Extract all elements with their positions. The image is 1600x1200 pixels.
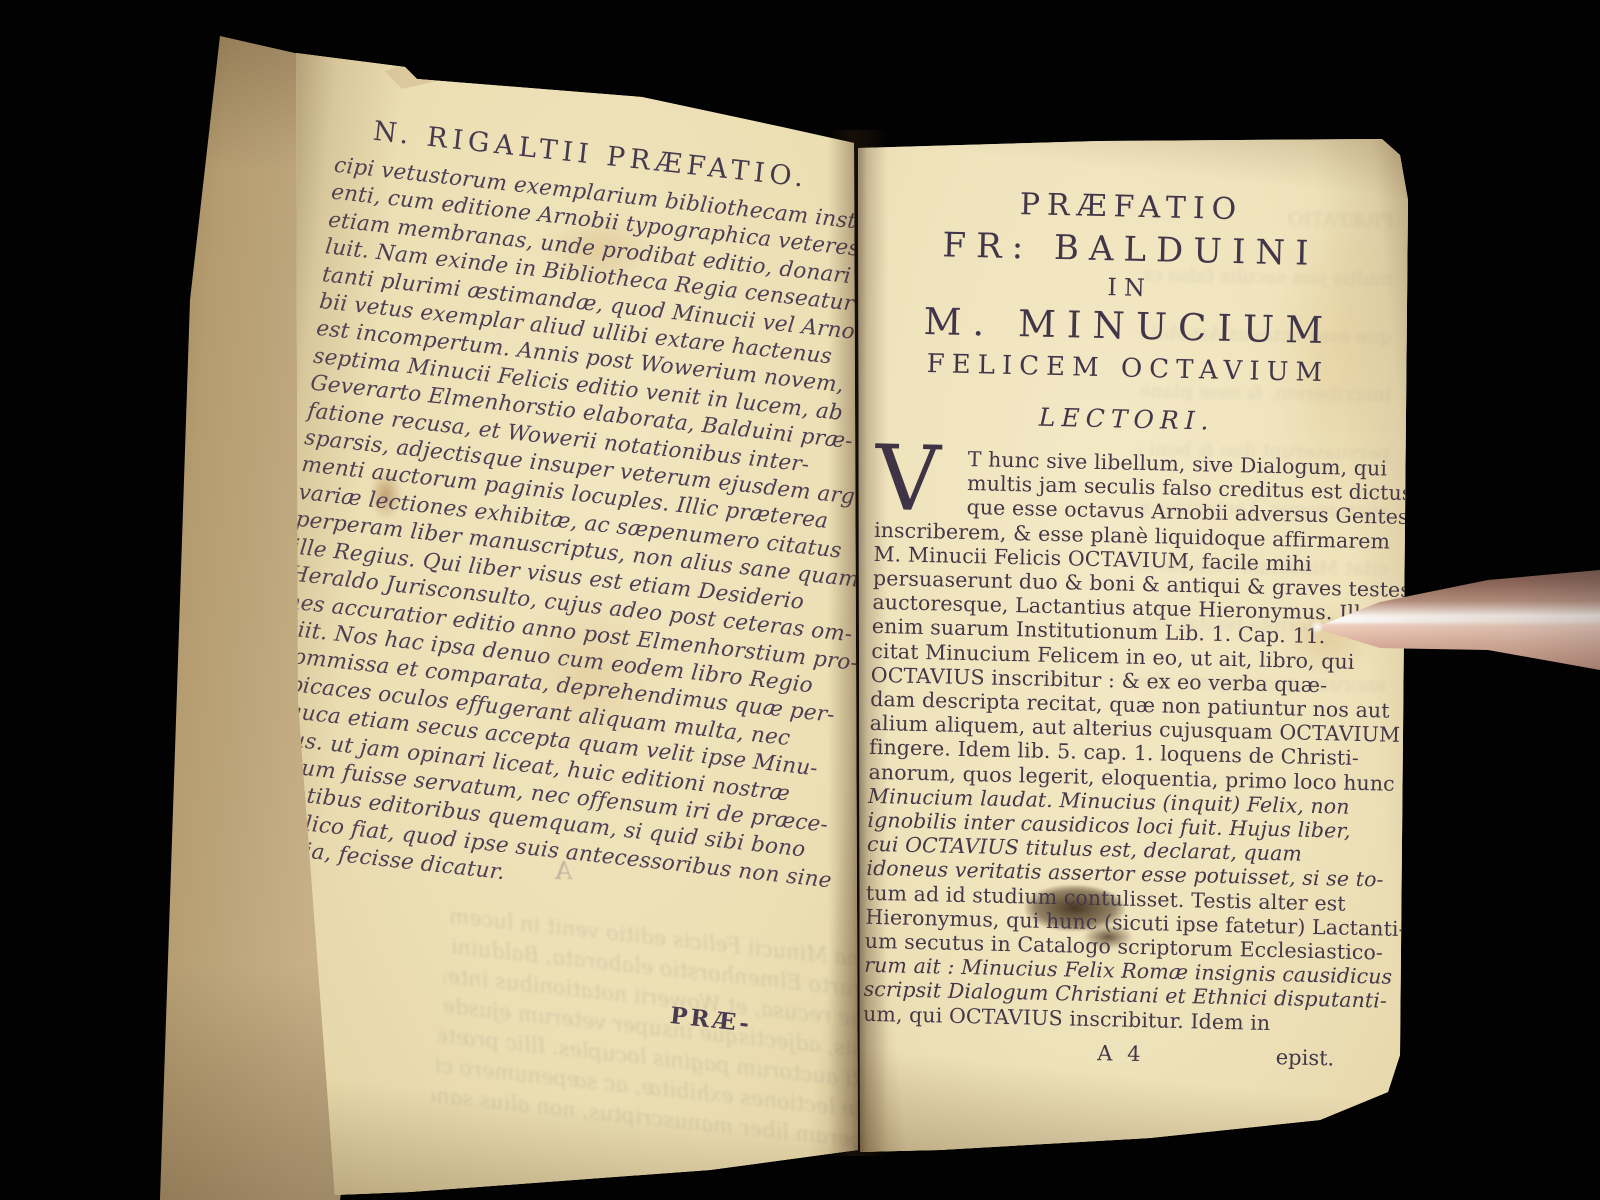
page-edge-shading bbox=[290, 45, 865, 1195]
page-edge-shading bbox=[855, 135, 1410, 1155]
right-page: PRÆFATIO multis jam seculis falso credit… bbox=[855, 135, 1410, 1155]
gutter-shadow bbox=[828, 130, 888, 1156]
left-page: septima Minucii Felicis editio venit in … bbox=[290, 45, 865, 1195]
pointer-tip-glint bbox=[1310, 620, 1324, 634]
photo-background: septima Minucii Felicis editio venit in … bbox=[0, 0, 1600, 1200]
